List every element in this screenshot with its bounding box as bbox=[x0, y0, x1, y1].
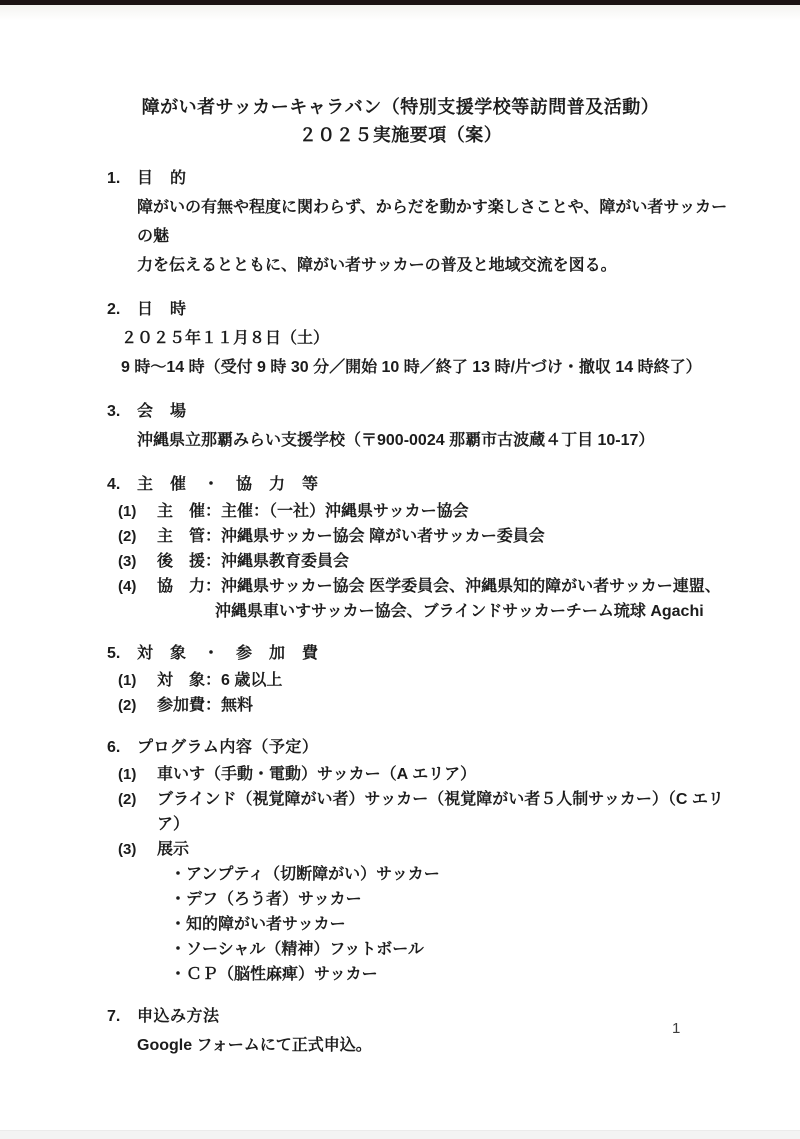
section-program: 6. プログラム内容（予定） (1) 車いす（手動・電動）サッカー（A エリア）… bbox=[107, 733, 740, 987]
document-title-line1: 障がい者サッカーキャラバン（特別支援学校等訪問普及活動） bbox=[84, 93, 717, 121]
item-text: 展示 bbox=[157, 837, 189, 862]
section-heading: 日 時 bbox=[137, 295, 187, 324]
item-text: 車いす（手動・電動）サッカー（A エリア） bbox=[157, 762, 476, 787]
item-marker: (1) bbox=[118, 762, 157, 787]
body-line: 9 時～14 時（受付 9 時 30 分／開始 10 時／終了 13 時/片づけ… bbox=[121, 353, 740, 382]
section-number: 2. bbox=[107, 295, 137, 324]
item-text: 後 援：沖縄県教育委員会 bbox=[157, 549, 349, 574]
item-text: ブラインド（視覚障がい者）サッカー（視覚障がい者５人制サッカー）（C エリア） bbox=[157, 787, 740, 837]
item-text: 主 催：主催：（一社）沖縄県サッカー協会 bbox=[157, 499, 469, 524]
item-text: 対 象：6 歳以上 bbox=[157, 668, 282, 693]
section-heading: 会 場 bbox=[137, 397, 187, 426]
section-number: 5. bbox=[107, 639, 137, 668]
body-line: ２０２５年１１月８日（土） bbox=[121, 324, 740, 353]
list-item: (1) 対 象：6 歳以上 bbox=[118, 668, 740, 693]
section-application: 7. 申込み方法 Google フォームにて正式申込。 bbox=[107, 1002, 740, 1060]
section-heading: プログラム内容（予定） bbox=[137, 733, 318, 762]
section-heading: 目 的 bbox=[137, 164, 187, 193]
item-marker: (2) bbox=[118, 787, 157, 837]
item-marker: (1) bbox=[118, 499, 157, 524]
list-item: (1) 主 催：主催：（一社）沖縄県サッカー協会 bbox=[118, 499, 740, 524]
item-text: 主 管：沖縄県サッカー協会 障がい者サッカー委員会 bbox=[157, 524, 545, 549]
section-organizers: 4. 主 催 ・ 協 力 等 (1) 主 催：主催：（一社）沖縄県サッカー協会 … bbox=[107, 470, 740, 624]
list-item: (2) 参加費：無料 bbox=[118, 693, 740, 718]
screen-bottom-edge bbox=[0, 1130, 800, 1139]
list-item: (2) ブラインド（視覚障がい者）サッカー（視覚障がい者５人制サッカー）（C エ… bbox=[118, 787, 740, 837]
item-marker: (1) bbox=[118, 668, 157, 693]
exhibition-bullet-list: ・アンプティ（切断障がい）サッカー ・デフ（ろう者）サッカー ・知的障がい者サッ… bbox=[170, 862, 740, 987]
list-item: (3) 展示 bbox=[118, 837, 740, 862]
item-text: 参加費：無料 bbox=[157, 693, 253, 718]
list-item: (3) 後 援：沖縄県教育委員会 bbox=[118, 549, 740, 574]
document-title-line2: ２０２５実施要項（案） bbox=[84, 121, 717, 149]
section-number: 4. bbox=[107, 470, 137, 499]
section-venue: 3. 会 場 沖縄県立那覇みらい支援学校（〒900-0024 那覇市古波蔵４丁目… bbox=[107, 397, 740, 455]
list-item: (2) 主 管：沖縄県サッカー協会 障がい者サッカー委員会 bbox=[118, 524, 740, 549]
section-number: 1. bbox=[107, 164, 137, 193]
section-number: 3. bbox=[107, 397, 137, 426]
bullet-item: ・デフ（ろう者）サッカー bbox=[170, 887, 740, 912]
bullet-item: ・アンプティ（切断障がい）サッカー bbox=[170, 862, 740, 887]
section-datetime: 2. 日 時 ２０２５年１１月８日（土） 9 時～14 時（受付 9 時 30 … bbox=[107, 295, 740, 382]
item-marker: (3) bbox=[118, 837, 157, 862]
section-heading: 対 象 ・ 参 加 費 bbox=[137, 639, 319, 668]
document-title: 障がい者サッカーキャラバン（特別支援学校等訪問普及活動） ２０２５実施要項（案） bbox=[84, 93, 717, 149]
section-eligibility-fee: 5. 対 象 ・ 参 加 費 (1) 対 象：6 歳以上 (2) 参加費：無料 bbox=[107, 639, 740, 718]
page-number: 1 bbox=[672, 1020, 680, 1037]
item-marker: (2) bbox=[118, 693, 157, 718]
section-heading: 申込み方法 bbox=[137, 1002, 220, 1031]
item-marker: (4) bbox=[118, 574, 157, 599]
section-number: 6. bbox=[107, 733, 137, 762]
body-line: 障がいの有無や程度に関わらず、からだを動かす楽しさことや、障がい者サッカーの魅 bbox=[137, 193, 740, 251]
bullet-item: ・ソーシャル（精神）フットボール bbox=[170, 937, 740, 962]
section-heading: 主 催 ・ 協 力 等 bbox=[137, 470, 319, 499]
item-marker: (2) bbox=[118, 524, 157, 549]
list-item: (1) 車いす（手動・電動）サッカー（A エリア） bbox=[118, 762, 740, 787]
bullet-item: ・知的障がい者サッカー bbox=[170, 912, 740, 937]
body-line: 沖縄県立那覇みらい支援学校（〒900-0024 那覇市古波蔵４丁目 10-17） bbox=[137, 426, 740, 455]
body-line: 力を伝えるとともに、障がい者サッカーの普及と地域交流を図る。 bbox=[137, 251, 740, 280]
document-page: 障がい者サッカーキャラバン（特別支援学校等訪問普及活動） ２０２５実施要項（案）… bbox=[0, 0, 800, 1060]
item-marker: (3) bbox=[118, 549, 157, 574]
list-item: (4) 協 力：沖縄県サッカー協会 医学委員会、沖縄県知的障がい者サッカー連盟、 bbox=[118, 574, 740, 599]
section-purpose: 1. 目 的 障がいの有無や程度に関わらず、からだを動かす楽しさことや、障がい者… bbox=[107, 164, 740, 280]
section-number: 7. bbox=[107, 1002, 137, 1031]
item-continuation-line: 沖縄県車いすサッカー協会、ブラインドサッカーチーム琉球 Agachi bbox=[215, 599, 740, 624]
item-text: 協 力：沖縄県サッカー協会 医学委員会、沖縄県知的障がい者サッカー連盟、 bbox=[157, 574, 721, 599]
bullet-item: ・ＣＰ（脳性麻痺）サッカー bbox=[170, 962, 740, 987]
body-line: Google フォームにて正式申込。 bbox=[137, 1031, 740, 1060]
